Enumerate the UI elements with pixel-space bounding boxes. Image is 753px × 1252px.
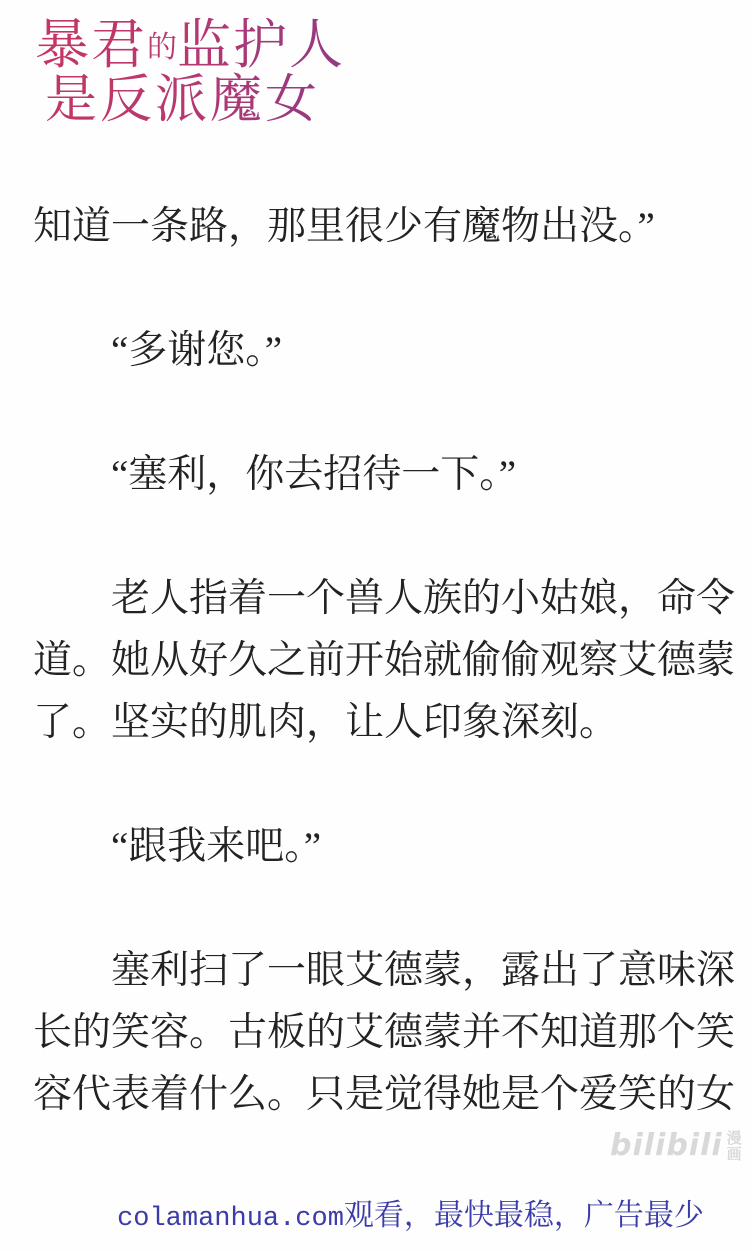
series-logo: 暴君的监护人 是反派魔女 (35, 18, 345, 127)
logo-text-part1: 暴君 (35, 15, 147, 75)
novel-paragraph: “跟我来吧。” (33, 816, 735, 878)
site-promo: colamanhua.com观看，最快最稳，广告最少 (0, 1190, 753, 1234)
bilibili-manhua-watermark: bilibili 漫 画 (610, 1128, 742, 1163)
novel-line: 容代表着什么。只是觉得她是个爱笑的女 (33, 1064, 735, 1126)
manhua-label-top: 漫 (727, 1130, 742, 1146)
novel-paragraph: “多谢您。” (33, 320, 735, 382)
novel-line: 长的笑容。古板的艾德蒙并不知道那个笑 (33, 1002, 735, 1064)
logo-text-part2: 的 (147, 31, 177, 64)
novel-line: “跟我来吧。” (33, 816, 735, 878)
novel-line: “多谢您。” (33, 320, 735, 382)
manhua-label-bottom: 画 (727, 1146, 742, 1162)
novel-paragraph: 知道一条路，那里很少有魔物出没。” (33, 196, 735, 258)
novel-paragraph: 塞利扫了一眼艾德蒙，露出了意味深长的笑容。古板的艾德蒙并不知道那个笑容代表着什么… (33, 940, 735, 1126)
novel-paragraph: “塞利，你去招待一下。” (33, 444, 735, 506)
promo-tagline: 观看，最快最稳，广告最少 (344, 1199, 704, 1232)
series-logo-line1: 暴君的监护人 (35, 18, 345, 72)
series-logo-line2: 是反派魔女 (45, 75, 345, 127)
site-url-text: colamanhua.com (117, 1204, 344, 1234)
manhua-label: 漫 画 (727, 1130, 742, 1162)
novel-body: 知道一条路，那里很少有魔物出没。”“多谢您。”“塞利，你去招待一下。”老人指着一… (33, 196, 735, 1126)
novel-line: 知道一条路，那里很少有魔物出没。” (33, 196, 735, 258)
novel-paragraph: 老人指着一个兽人族的小姑娘，命令道。她从好久之前开始就偷偷观察艾德蒙了。坚实的肌… (33, 568, 735, 754)
bilibili-logo-text: bilibili (610, 1128, 723, 1163)
novel-line: 塞利扫了一眼艾德蒙，露出了意味深 (33, 940, 735, 1002)
novel-line: 老人指着一个兽人族的小姑娘，命令 (33, 568, 735, 630)
novel-line: 了。坚实的肌肉，让人印象深刻。 (33, 692, 735, 754)
novel-line: 道。她从好久之前开始就偷偷观察艾德蒙 (33, 630, 735, 692)
novel-line: “塞利，你去招待一下。” (33, 444, 735, 506)
logo-text-part3: 监护人 (177, 15, 345, 75)
novel-page: 暴君的监护人 是反派魔女 知道一条路，那里很少有魔物出没。”“多谢您。”“塞利，… (0, 0, 753, 1252)
